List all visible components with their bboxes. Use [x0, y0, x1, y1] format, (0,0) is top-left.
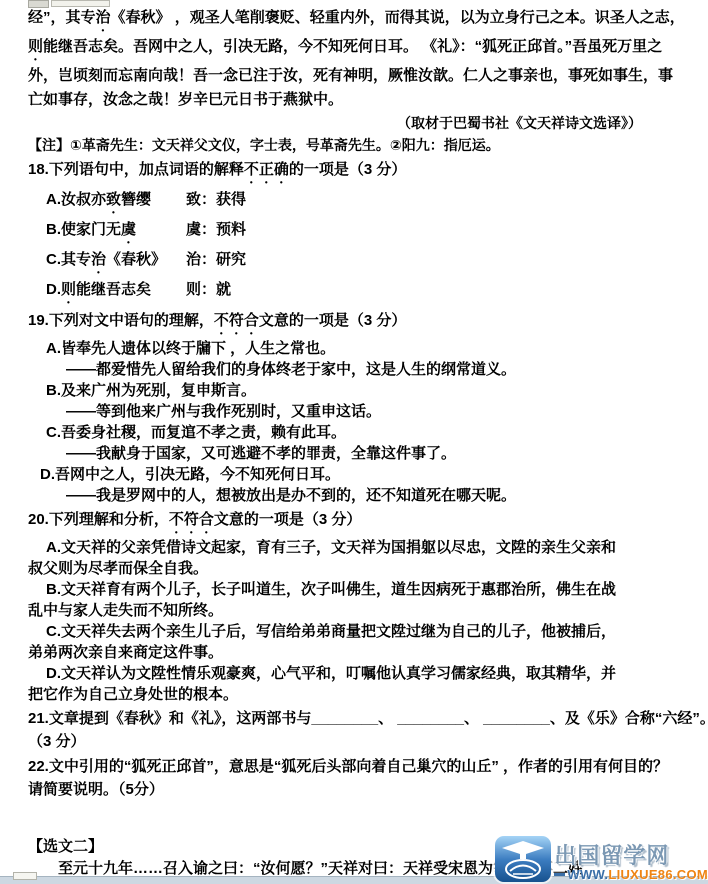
question-20-option-c: C.文天祥失去两个亲生儿子后，写信给弟弟商量把文陞过继为自己的儿子，他被捕后，	[46, 621, 672, 642]
option-gloss: 虞：预料	[186, 221, 246, 238]
watermark-dash	[554, 873, 565, 876]
question-18-option-d: D.则能继吾志矣则：就	[46, 277, 672, 307]
question-18: 18.下列语句中，加点词语的解释不正确的一项是（3 分） A.汝叔亦致簪缨致：获…	[28, 158, 672, 307]
question-18-option-c: C.其专治《春秋》治：研究	[46, 247, 672, 277]
passage-line: 亡如事存，汝念之哉！岁辛巳元日书于燕狱中。	[28, 88, 672, 112]
option-gloss: 则：就	[186, 281, 231, 298]
passage-line: 外，岂顷刻而忘南向哉！吾一念已注于汝，死有神明，厥惟汝歆。仁人之事亲也，事死如事…	[28, 64, 672, 88]
question-20: 20.下列理解和分析，不符合文意的一项是（3 分） A.文天祥的父亲凭借诗文起家…	[28, 508, 672, 705]
watermark-url: WWW.LIUXUE86.COM	[554, 867, 708, 882]
option-gloss: 治：研究	[186, 251, 246, 268]
question-20-option-b: B.文天祥育有两个儿子，长子叫道生，次子叫佛生，道生因病死于惠郡治所，佛生在战	[46, 579, 672, 600]
question-19-stem: 19.下列对文中语句的理解，不符合文意的一项是（3 分）	[28, 309, 672, 338]
question-21-stem: 21.文章提到《春秋》和《礼》，这两部书与________、 ________、…	[28, 707, 672, 730]
option-phrase: C.其专治《春秋》	[46, 247, 186, 277]
graduation-cap-logo-icon	[495, 836, 551, 882]
passage-note: 【注】①革斋先生：文天祥父文仪，字士表，号革斋先生。②阳九：指厄运。	[28, 134, 672, 156]
question-20-option-d-cont: 把它作为自己立身处世的根本。	[28, 684, 672, 705]
question-18-stem: 18.下列语句中，加点词语的解释不正确的一项是（3 分）	[28, 158, 672, 187]
question-20-stem: 20.下列理解和分析，不符合文意的一项是（3 分）	[28, 508, 672, 537]
question-19-option-b: B.及来广州为死别，复申斯言。	[46, 380, 672, 401]
watermark-text: 出国留学网 WWW.LIUXUE86.COM	[554, 845, 708, 882]
question-22: 22.文中引用的“狐死正邱首”，意思是“狐死后头部向着自己巢穴的山丘” ，作者的…	[28, 755, 672, 801]
ruler-fragment	[51, 0, 110, 7]
question-22-stem: 22.文中引用的“狐死正邱首”，意思是“狐死后头部向着自己巢穴的山丘” ，作者的…	[28, 755, 672, 778]
question-19: 19.下列对文中语句的理解，不符合文意的一项是（3 分） A.皆奉先人遗体以终于…	[28, 309, 672, 506]
watermark-site-name: 出国留学网	[554, 845, 669, 867]
question-19-explain-b: ——等到他来广州与我作死别时，又重申这话。	[66, 401, 672, 422]
watermark-url-domain: LIUXUE86.COM	[608, 867, 708, 882]
option-phrase: D.则能继吾志矣	[46, 277, 186, 307]
option-phrase: A.汝叔亦致簪缨	[46, 187, 186, 217]
question-20-option-d: D.文天祥认为文陞性情乐观豪爽，心气平和，叮嘱他认真学习儒家经典，取其精华，并	[46, 663, 672, 684]
question-20-option-a-cont: 叔父则为尽孝而保全自我。	[28, 558, 672, 579]
question-18-option-a: A.汝叔亦致簪缨致：获得	[46, 187, 672, 217]
question-21-score: （3 分）	[28, 730, 672, 753]
watermark-url-www: WWW.	[567, 867, 608, 882]
question-19-explain-c: ——我献身于国家，又可逃避不孝的罪责，全靠这件事了。	[66, 443, 672, 464]
question-19-option-c: C.吾委身社稷，而复逭不孝之责，赖有此耳。	[46, 422, 672, 443]
option-phrase: B.使家门无虞	[46, 217, 186, 247]
question-19-explain-d: ——我是罗网中的人，想被放出是办不到的，还不知道死在哪天呢。	[66, 485, 672, 506]
question-21: 21.文章提到《春秋》和《礼》，这两部书与________、 ________、…	[28, 707, 672, 753]
scrollbar-thumb[interactable]	[13, 872, 37, 880]
passage-line: 经”，其专治《春秋》 ，观圣人笔削褒贬、轻重内外，而得其说，以为立身行己之本。识…	[28, 6, 672, 35]
document-page: 经”，其专治《春秋》 ，观圣人笔削褒贬、轻重内外，而得其说，以为立身行己之本。识…	[0, 0, 708, 801]
question-20-option-b-cont: 乱中与家人走失而不知所终。	[28, 600, 672, 621]
question-19-option-a: A.皆奉先人遗体以终于牖下 ，人生之常也。	[46, 338, 672, 359]
passage: 经”，其专治《春秋》 ，观圣人笔削褒贬、轻重内外，而得其说，以为立身行己之本。识…	[28, 6, 672, 156]
passage-line: 则能继吾志矣。吾网中之人，引决无路，今不知死何日耳。 《礼》：“狐死正邱首。”吾…	[28, 35, 672, 64]
question-19-explain-a: ——都爱惜先人留给我们的身体终老于家中，这是人生的纲常道义。	[66, 359, 672, 380]
site-watermark: 出国留学网 WWW.LIUXUE86.COM	[495, 836, 708, 882]
question-19-option-d: D.吾网中之人，引决无路，今不知死何日耳。	[40, 464, 672, 485]
ruler-margin-tab	[28, 0, 49, 8]
question-22-stem-cont: 请简要说明。（5分）	[28, 778, 672, 801]
question-20-option-a: A.文天祥的父亲凭借诗文起家，育有三子，文天祥为国捐躯以尽忠，文陞的亲生父亲和	[46, 537, 672, 558]
question-20-option-c-cont: 弟弟两次亲自来商定这件事。	[28, 642, 672, 663]
option-gloss: 致：获得	[186, 191, 246, 208]
passage-attribution: （取材于巴蜀书社《文天祥诗文选译》）	[28, 112, 672, 134]
question-18-option-b: B.使家门无虞虞：预料	[46, 217, 672, 247]
